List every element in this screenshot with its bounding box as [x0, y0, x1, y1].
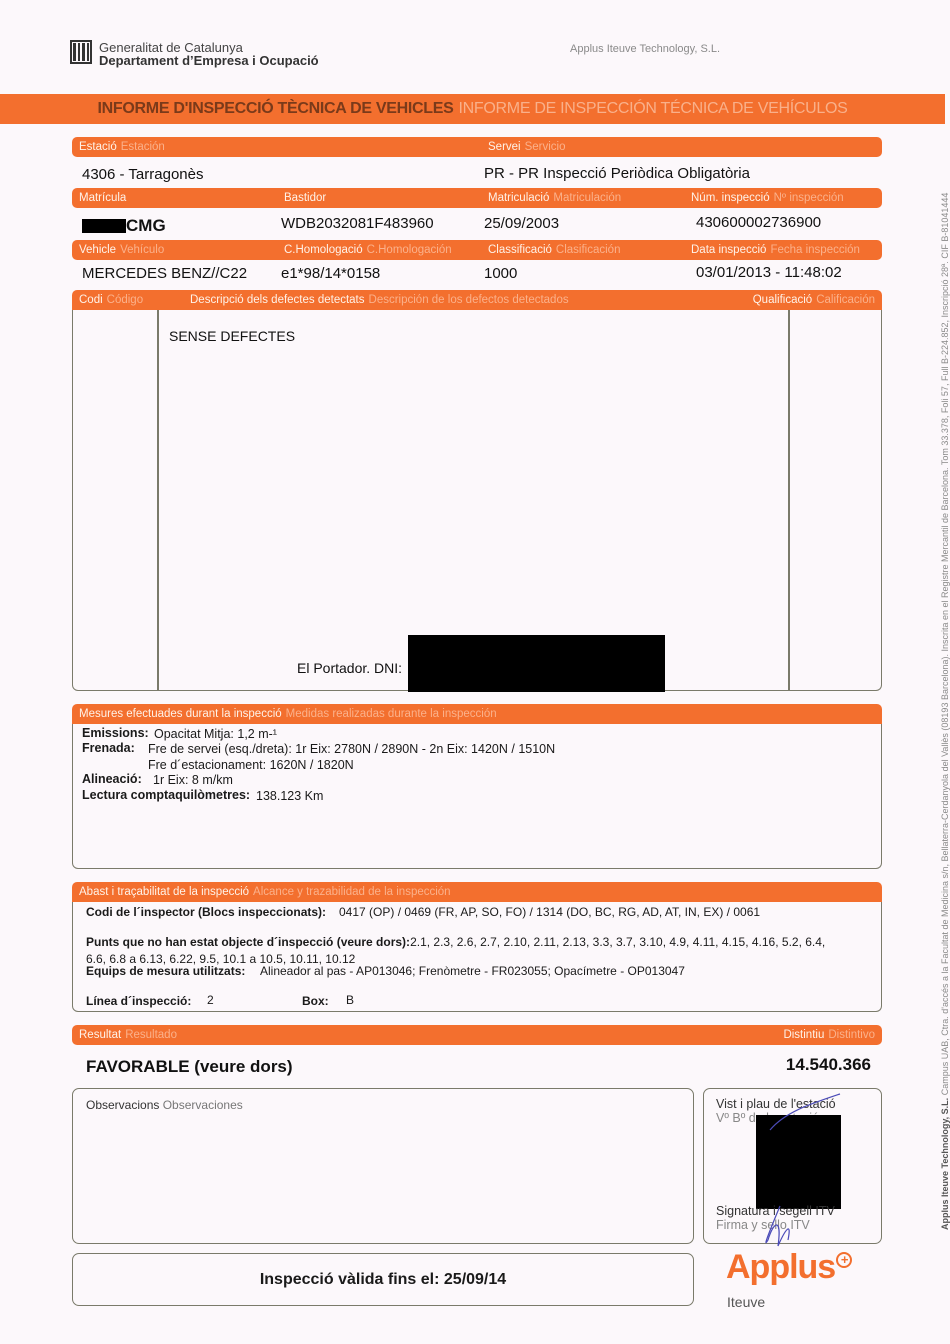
points-value-1: 2.1, 2.3, 2.6, 2.7, 2.10, 2.11, 2.13, 3.…: [410, 935, 825, 949]
station-service-header: EstacióEstación ServeiServicio: [72, 137, 882, 157]
legal-footer: Applus Iteuve Technology, S.L. Campus UA…: [940, 193, 950, 1230]
station-label-es: Estación: [121, 141, 165, 153]
qualification-label: Qualificació: [753, 294, 812, 306]
vehicle-info-header: VehicleVehículo C.HomologacióC.Homologac…: [72, 240, 882, 260]
emissions-label: Emissions:: [82, 726, 149, 740]
emissions-value: Opacitat Mitja: 1,2 m-¹: [154, 727, 277, 742]
badge-label: Distintiu: [783, 1029, 824, 1041]
plus-circle-icon: +: [836, 1252, 852, 1268]
chassis-value: WDB2032081F483960: [281, 215, 434, 233]
inspection-date-value: 03/01/2013 - 11:48:02: [696, 264, 842, 282]
service-label: Servei: [488, 141, 521, 153]
chassis-label: Bastidor: [284, 192, 326, 204]
odometer-label: Lectura comptaquilòmetres:: [82, 788, 250, 802]
code-label-es: Código: [107, 294, 143, 306]
description-label-es: Descripción de los defectos detectados: [369, 294, 569, 306]
braking-service-value: Fre de servei (esq./dreta): 1r Eix: 2780…: [148, 742, 555, 757]
inspection-date-label-es: Fecha inspección: [770, 244, 860, 256]
defects-header: CodiCódigo Descripció dels defectes dete…: [72, 290, 882, 310]
result-value: FAVORABLE (veure dors): [86, 1058, 293, 1076]
defect-description: SENSE DEFECTES: [169, 327, 295, 345]
badge-value: 14.540.366: [786, 1056, 871, 1074]
applus-logo: Applus+: [726, 1248, 852, 1287]
redacted-dni: [408, 635, 665, 692]
legal-text: Campus UAB, Ctra. d'accés a la Facultat …: [940, 193, 950, 1096]
homologation-value: e1*98/14*0158: [281, 265, 380, 283]
box-label: Box:: [302, 994, 329, 1008]
inspection-number-value: 430600002736900: [696, 214, 821, 232]
points-label: Punts que no han estat objecte d´inspecc…: [86, 935, 410, 949]
inspection-number-label-es: Nº inspección: [774, 192, 844, 204]
classification-value: 1000: [484, 265, 517, 283]
result-label-es: Resultado: [125, 1029, 177, 1041]
vehicle-label-es: Vehículo: [120, 244, 164, 256]
registration-label: Matriculació: [488, 192, 549, 204]
signature-scribble-icon: [740, 1090, 860, 1260]
department-name: Departament d’Empresa i Ocupació: [99, 54, 319, 67]
defects-divider: [157, 310, 159, 691]
measures-label-es: Medidas realizadas durante la inspección: [286, 708, 497, 720]
line-value: 2: [207, 993, 214, 1008]
alignment-label: Alineació:: [82, 772, 142, 786]
observations-label-es: Observaciones: [163, 1098, 243, 1112]
redacted-plate-prefix: [82, 219, 126, 233]
observations-label: Observacions Observaciones: [86, 1098, 243, 1112]
plate-value: CMG: [126, 217, 166, 235]
generalitat-logo-icon: [70, 40, 92, 64]
inspection-date-label: Data inspecció: [691, 244, 766, 256]
scope-label-es: Alcance y trazabilidad de la inspección: [253, 886, 451, 898]
service-value: PR - PR Inspecció Periòdica Obligatòria: [484, 165, 750, 183]
classification-label-es: Clasificación: [556, 244, 621, 256]
measures-header: Mesures efectuades durant la inspeccióMe…: [72, 704, 882, 724]
box-value: B: [346, 993, 354, 1008]
observations-label-ca: Observacions: [86, 1098, 159, 1112]
equipment-value: Alineador al pas - AP013046; Frenòmetre …: [260, 964, 685, 979]
validity-box: Inspecció vàlida fins el: 25/09/14: [72, 1253, 694, 1306]
report-title-es: INFORME DE INSPECCIÓN TÉCNICA DE VEHÍCUL…: [459, 100, 848, 118]
applus-logo-text: Applus: [726, 1248, 835, 1286]
inspection-number-label: Núm. inspecció: [691, 192, 770, 204]
qualification-label-es: Calificación: [816, 294, 875, 306]
station-value: 4306 - Tarragonès: [82, 166, 203, 184]
station-label: Estació: [79, 141, 117, 153]
inspector-value: 0417 (OP) / 0469 (FR, AP, SO, FO) / 1314…: [339, 905, 760, 920]
company-name: Applus Iteuve Technology, S.L.: [570, 43, 720, 55]
homologation-label-es: C.Homologación: [367, 244, 452, 256]
line-label: Línea d´inspecció:: [86, 994, 191, 1008]
classification-label: Classificació: [488, 244, 552, 256]
bearer-dni-label: El Portador. DNI:: [297, 659, 402, 677]
measures-label: Mesures efectuades durant la inspecció: [79, 708, 282, 720]
scope-header: Abast i traçabilitat de la inspeccióAlca…: [72, 882, 882, 902]
plate-label: Matrícula: [79, 192, 126, 204]
service-label-es: Servicio: [525, 141, 566, 153]
vehicle-value: MERCEDES BENZ//C22: [82, 265, 247, 283]
registration-label-es: Matriculación: [553, 192, 621, 204]
legal-company: Applus Iteuve Technology, S.L.: [940, 1098, 950, 1230]
inspector-label: Codi de l´inspector (Blocs inspeccionats…: [86, 905, 326, 919]
result-header: ResultatResultado DistintiuDistintivo: [72, 1025, 882, 1045]
braking-label: Frenada:: [82, 741, 135, 755]
result-label: Resultat: [79, 1029, 121, 1041]
scope-label: Abast i traçabilitat de la inspecció: [79, 886, 249, 898]
badge-label-es: Distintivo: [828, 1029, 875, 1041]
applus-sub: Iteuve: [727, 1294, 765, 1310]
registration-value: 25/09/2003: [484, 215, 559, 233]
code-label: Codi: [79, 294, 103, 306]
defects-panel: [72, 310, 882, 691]
defects-divider: [788, 310, 790, 691]
description-label: Descripció dels defectes detectats: [190, 294, 365, 306]
odometer-value: 138.123 Km: [256, 789, 323, 804]
report-title-ca: INFORME D'INSPECCIÓ TÈCNICA DE VEHICLES: [98, 100, 454, 118]
report-title-banner: INFORME D'INSPECCIÓ TÈCNICA DE VEHICLES …: [0, 94, 945, 124]
homologation-label: C.Homologació: [284, 244, 363, 256]
braking-parking-value: Fre d´estacionament: 1620N / 1820N: [148, 758, 354, 773]
alignment-value: 1r Eix: 8 m/km: [153, 773, 233, 788]
equipment-label: Equips de mesura utilitzats:: [86, 964, 245, 978]
validity-text: Inspecció vàlida fins el: 25/09/14: [260, 1271, 506, 1289]
vehicle-id-header: Matrícula Bastidor MatriculacióMatricula…: [72, 188, 882, 208]
vehicle-label: Vehicle: [79, 244, 116, 256]
